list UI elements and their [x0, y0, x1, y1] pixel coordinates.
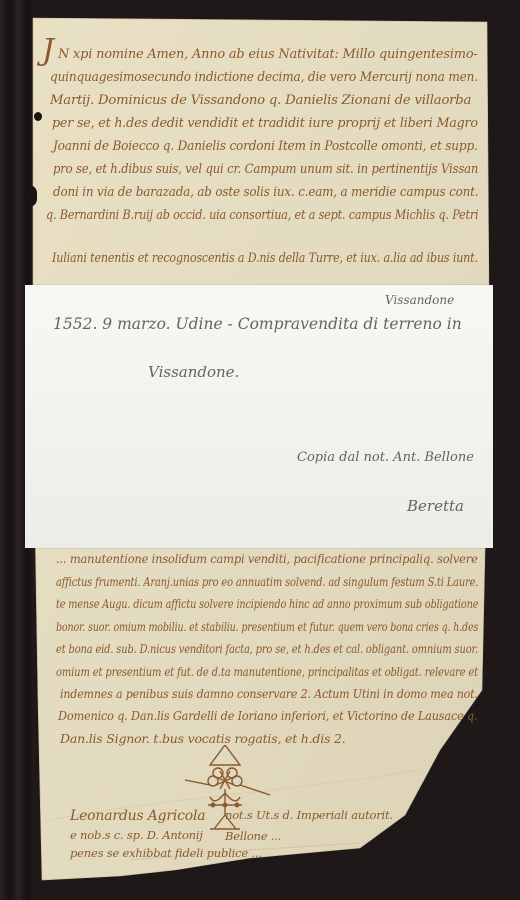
text-line: pro se, et h.dibus suis, vel qui cr. Cam… — [53, 162, 478, 177]
text-line: omium et presentium et fut. de d.ta manu… — [56, 664, 478, 679]
label-title-line: 1552. 9 marzo. Udine - Compravendita di … — [53, 315, 462, 333]
notary-name: Leonardus Agricola — [70, 808, 205, 824]
notary-line2-right: Bellone ... — [225, 829, 281, 843]
text-line: bonor. suor. omium mobiliu. et stabiliu.… — [56, 619, 478, 634]
text-line: indemnes a penibus suis damno conservare… — [60, 686, 478, 701]
label-signature: Beretta — [407, 497, 464, 515]
notary-line2: e nob.s c. sp. D. Antonij — [70, 828, 203, 842]
punch-hole — [34, 112, 42, 121]
text-line: Iuliani tenentis et recognoscentis a D.n… — [52, 251, 478, 266]
text-line: q. Bernardini B.ruij ab occid. uia conso… — [46, 208, 478, 223]
archival-label: Vissandone 1552. 9 marzo. Udine - Compra… — [25, 285, 493, 548]
text-line: N xpi nomine Amen, Anno ab eius Nativita… — [58, 47, 478, 62]
text-line: doni in via de barazada, ab oste solis i… — [53, 185, 478, 200]
illuminated-initial: J — [42, 33, 54, 68]
text-line: quinquagesimosecundo indictione decima, … — [50, 70, 478, 85]
text-line: Domenico q. Dan.lis Gardelli de Ioriano … — [58, 708, 477, 723]
text-line: Joanni de Boiecco q. Danielis cordoni It… — [53, 139, 478, 154]
text-line: Dan.lis Signor. t.bus vocatis rogatis, e… — [60, 731, 346, 746]
text-line: ... manutentione insolidum campi venditi… — [56, 551, 478, 566]
text-line: affictus frumenti. Aranj.unias pro eo an… — [56, 574, 478, 589]
label-title-line2: Vissandone. — [148, 363, 239, 381]
text-line: per se, et h.des dedit vendidit et tradi… — [52, 116, 478, 131]
notary-line3: penes se exhibbat fideli publice ... — [70, 846, 262, 860]
label-place-note: Vissandone — [385, 293, 454, 307]
text-line: et bona eid. sub. D.nicus venditori fact… — [56, 641, 478, 656]
text-line: Martij. Dominicus de Vissandono q. Danie… — [50, 93, 471, 108]
label-copy-note: Copia dal not. Ant. Bellone — [297, 450, 474, 465]
notary-title: not.s Ut.s d. Imperiali autorit. — [225, 808, 393, 822]
text-line: te mense Augu. dicum affictu solvere inc… — [56, 596, 478, 611]
